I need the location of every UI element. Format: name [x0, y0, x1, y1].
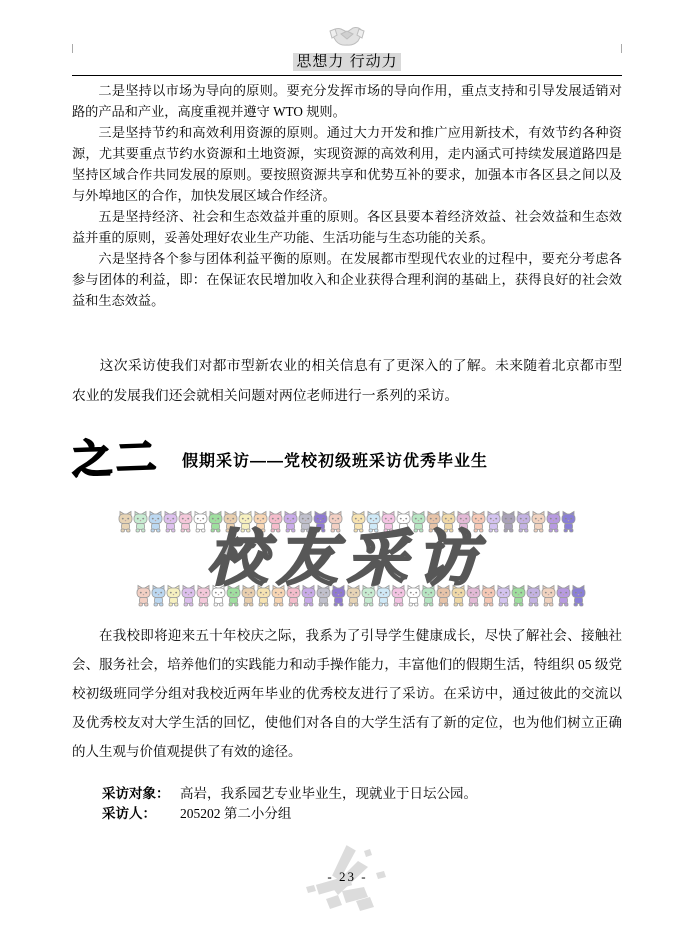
handshake-icon [328, 22, 366, 52]
body-paragraph: 二是坚持以市场为导向的原则。要充分发挥市场的导向作用，重点支持和引导发展适销对路… [72, 80, 622, 122]
document-page: 思想力 行动力 二是坚持以市场为导向的原则。要充分发挥市场的导向作用，重点支持和… [0, 0, 695, 931]
interview-info: 采访对象： 高岩，我系园艺专业毕业生，现就业于日坛公园。 采访人： 205202… [72, 784, 622, 824]
section-title: 假期采访——党校初级班采访优秀毕业生 [182, 448, 488, 471]
alumni-banner: 校友采访 [72, 509, 622, 607]
banner-title: 校友采访 [72, 523, 622, 595]
interview-subject-label: 采访对象： [102, 784, 180, 804]
header-rule [72, 75, 622, 76]
body-paragraph: 六是坚持各个参与团体利益平衡的原则。在发展都市型现代农业的过程中，要充分考虑各参… [72, 248, 622, 311]
section-marker: 之二 [71, 435, 160, 482]
interviewer-row: 采访人： 205202 第二小分组 [102, 804, 622, 824]
header-title: 思想力 行动力 [293, 53, 400, 71]
interview-subject-value: 高岩，我系园艺专业毕业生，现就业于日坛公园。 [180, 784, 477, 804]
interview-subject-row: 采访对象： 高岩，我系园艺专业毕业生，现就业于日坛公园。 [102, 784, 622, 804]
page-number: - 23 - [0, 869, 695, 885]
intro-paragraph: 在我校即将迎来五十年校庆之际，我系为了引导学生健康成长，尽快了解社会、接触社会、… [72, 621, 622, 766]
page-footer: - 23 - [0, 843, 695, 923]
reflection-paragraph: 这次采访使我们对都市型新农业的相关信息有了更深入的了解。未来随着北京都市型农业的… [72, 351, 622, 411]
body-paragraph: 五是坚持经济、社会和生态效益并重的原则。各区县要本着经济效益、社会效益和生态效益… [72, 206, 622, 248]
body-paragraph: 三是坚持节约和高效利用资源的原则。通过大力开发和推广应用新技术，有效节约各种资源… [72, 122, 622, 206]
interviewer-label: 采访人： [102, 804, 180, 824]
section-heading: 之二 假期采访——党校初级班采访优秀毕业生 [72, 437, 622, 481]
document-content: 二是坚持以市场为导向的原则。要充分发挥市场的导向作用，重点支持和引导发展适销对路… [72, 80, 622, 824]
interviewer-value: 205202 第二小分组 [180, 804, 291, 824]
page-header: 思想力 行动力 [72, 22, 622, 71]
